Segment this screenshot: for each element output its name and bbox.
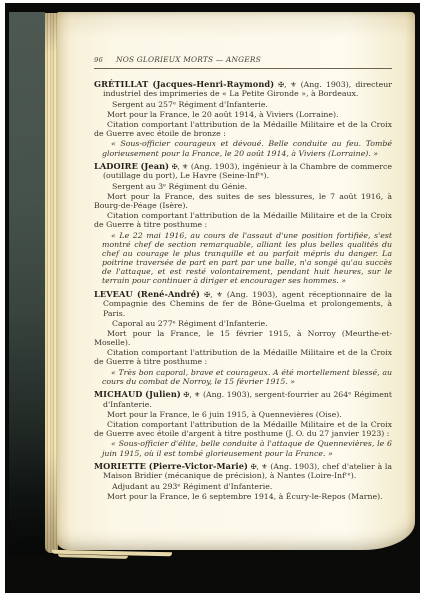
entry-surname: LADOIRE bbox=[94, 161, 138, 171]
memorial-entry: LADOIRE (Jean) ✠, ⚜ (Ang. 1903), ingénie… bbox=[94, 162, 392, 286]
memorial-entry: MICHAUD (Julien) ✠, ⚜ (Ang. 1903), serge… bbox=[94, 390, 392, 458]
entry-head: MORIETTE (Pierre-Victor-Marie) ✠, ⚜ (Ang… bbox=[103, 462, 392, 481]
entry-death-line: Mort pour la France, le 6 juin 1915, à Q… bbox=[94, 410, 392, 419]
entry-citation-line: Citation comportant l'attribution de la … bbox=[94, 120, 392, 138]
entry-rank-line: Adjudant au 293ᵉ Régiment d'Infanterie. bbox=[112, 482, 392, 491]
entry-death-line: Mort pour la France, le 6 septembre 1914… bbox=[94, 492, 392, 501]
entries-list: GRÉTILLAT (Jacques-Henri-Raymond) ✠, ⚜ (… bbox=[94, 80, 392, 501]
entry-citation-quote: « Sous-officier courageux et dévoué. Bel… bbox=[102, 139, 392, 157]
entry-head: LADOIRE (Jean) ✠, ⚜ (Ang. 1903), ingénie… bbox=[103, 162, 392, 181]
page-content: 96 NOS GLORIEUX MORTS — ANGERS GRÉTILLAT… bbox=[94, 56, 392, 505]
entry-rank-line: Sergent au 257ᵉ Régiment d'Infanterie. bbox=[112, 100, 392, 109]
entry-citation-quote: « Le 22 mai 1916, au cours de l'assaut d… bbox=[102, 231, 392, 286]
entry-forenames: (Pierre-Victor-Marie) bbox=[149, 461, 248, 471]
entry-head: MICHAUD (Julien) ✠, ⚜ (Ang. 1903), serge… bbox=[103, 390, 392, 409]
entry-surname: GRÉTILLAT bbox=[94, 79, 148, 89]
entry-head: GRÉTILLAT (Jacques-Henri-Raymond) ✠, ⚜ (… bbox=[103, 80, 392, 99]
medal-icons: ✠, ⚜ bbox=[172, 163, 189, 171]
running-header: 96 NOS GLORIEUX MORTS — ANGERS bbox=[94, 56, 392, 69]
entry-surname: MICHAUD bbox=[94, 389, 142, 399]
entry-death-line: Mort pour la France, des suites de ses b… bbox=[94, 192, 392, 210]
entry-death-line: Mort pour la France, le 15 février 1915,… bbox=[94, 329, 392, 347]
entry-forenames: (René-André) bbox=[137, 289, 200, 299]
entry-head: LEVEAU (René-André) ✠, ⚜ (Ang. 1903), ag… bbox=[103, 290, 392, 318]
book-page: 96 NOS GLORIEUX MORTS — ANGERS GRÉTILLAT… bbox=[57, 12, 415, 550]
running-title: NOS GLORIEUX MORTS — ANGERS bbox=[116, 56, 261, 65]
medal-icons: ✠, ⚜ bbox=[278, 81, 296, 89]
entry-forenames: (Julien) bbox=[145, 389, 181, 399]
book-scan: 96 NOS GLORIEUX MORTS — ANGERS GRÉTILLAT… bbox=[0, 0, 424, 600]
entry-surname: MORIETTE bbox=[94, 461, 146, 471]
entry-citation-line: Citation comportant l'attribution de la … bbox=[94, 211, 392, 229]
entry-death-line: Mort pour la France, le 20 août 1914, à … bbox=[94, 110, 392, 119]
entry-citation-quote: « Très bon caporal, brave et courageux. … bbox=[102, 368, 392, 386]
entry-forenames: (Jacques-Henri-Raymond) bbox=[152, 79, 274, 89]
memorial-entry: LEVEAU (René-André) ✠, ⚜ (Ang. 1903), ag… bbox=[94, 290, 392, 386]
entry-citation-line: Citation comportant l'attribution de la … bbox=[94, 420, 392, 438]
entry-citation-line: Citation comportant l'attribution de la … bbox=[94, 348, 392, 366]
medal-icons: ✠, ⚜ bbox=[184, 391, 201, 399]
entry-rank-line: Sergent au 3ᵉ Régiment du Génie. bbox=[112, 182, 392, 191]
entry-surname: LEVEAU bbox=[94, 289, 133, 299]
book-cover-edge bbox=[9, 12, 45, 555]
entry-forenames: (Jean) bbox=[140, 161, 169, 171]
entry-description: (Ang. 1903), chef d'atelier à la Maison … bbox=[103, 462, 392, 481]
entry-citation-quote: « Sous-officier d'élite, belle conduite … bbox=[102, 439, 392, 457]
memorial-entry: MORIETTE (Pierre-Victor-Marie) ✠, ⚜ (Ang… bbox=[94, 462, 392, 501]
medal-icons: ✠, ⚜ bbox=[204, 291, 222, 299]
medal-icons: ✠, ⚜ bbox=[251, 463, 268, 471]
entry-rank-line: Caporal au 277ᵉ Régiment d'Infanterie. bbox=[112, 319, 392, 328]
memorial-entry: GRÉTILLAT (Jacques-Henri-Raymond) ✠, ⚜ (… bbox=[94, 80, 392, 158]
page-number: 96 bbox=[94, 56, 103, 64]
